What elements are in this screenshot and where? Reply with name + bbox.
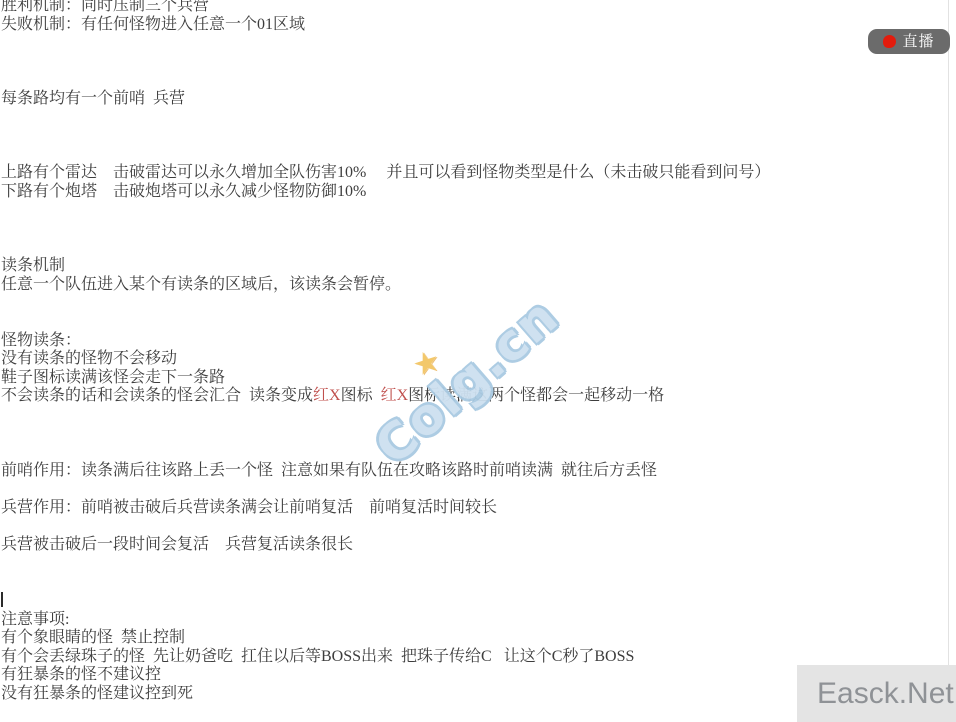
text-line: 兵营被击破后一段时间会复活 兵营复活读条很长 [1,536,946,555]
text-line [1,313,946,332]
text-line [1,295,946,314]
text-line [1,406,946,425]
text-line: 有个象眼睛的怪 禁止控制 [1,629,946,648]
text-line [1,518,946,537]
easck-watermark-text: Easck.Net [817,677,954,711]
text-line: 读条机制 [1,257,946,276]
text-line [1,71,946,90]
text-line [1,127,946,146]
text-line [1,34,946,53]
text-line: 前哨作用：读条满后往该路上丢一个怪 注意如果有队伍在攻略该路时前哨读满 就往后方… [1,462,946,481]
easck-watermark: Easck.Net [797,665,956,722]
text-line: 注意事项: [1,611,946,630]
text-line [1,443,946,462]
text-line: 不会读条的话和会读条的怪会汇合 读条变成红X图标 红X图标读满这两个怪都会一起移… [1,387,946,406]
text-line [1,555,946,574]
text-line [1,202,946,221]
text-line: 没有读条的怪物不会移动 [1,350,946,369]
text-document[interactable]: 胜利机制：同时压制三个兵营失败机制：有任何怪物进入任意一个01区域每条路均有一个… [1,0,946,704]
live-badge[interactable]: 直播 [868,29,950,54]
live-badge-label: 直播 [902,34,934,49]
text-line: 胜利机制：同时压制三个兵营 [1,0,946,16]
text-line [1,220,946,239]
text-line: 失败机制：有任何怪物进入任意一个01区域 [1,16,946,35]
text-caret [1,592,3,607]
live-dot-icon [883,35,896,48]
text-line [1,425,946,444]
text-line: 有个会丢绿珠子的怪 先让奶爸吃 扛住以后等BOSS出来 把珠子传给C 让这个C秒… [1,648,946,667]
text-line: 任意一个队伍进入某个有读条的区域后，该读条会暂停。 [1,276,946,295]
text-line [1,109,946,128]
text-line [1,573,946,592]
text-line [1,480,946,499]
text-line: 怪物读条： [1,332,946,351]
text-line [1,592,946,611]
text-line: 上路有个雷达 击破雷达可以永久增加全队伤害10% 并且可以看到怪物类型是什么（未… [1,164,946,183]
page-right-border [948,0,949,722]
text-line: 下路有个炮塔 击破炮塔可以永久减少怪物防御10% [1,183,946,202]
text-line: 鞋子图标读满该怪会走下一条路 [1,369,946,388]
text-line [1,53,946,72]
text-line: 兵营作用：前哨被击破后兵营读条满会让前哨复活 前哨复活时间较长 [1,499,946,518]
text-line [1,146,946,165]
text-line: 每条路均有一个前哨 兵营 [1,90,946,109]
text-line [1,239,946,258]
